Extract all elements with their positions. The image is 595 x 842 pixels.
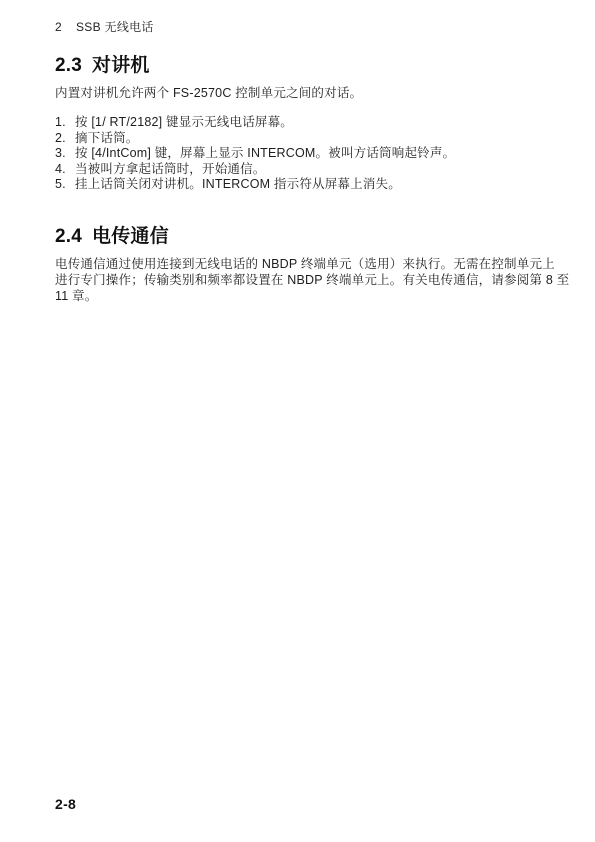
step-number: 3. xyxy=(55,146,75,162)
body-line-2: 进行专门操作；传输类别和频率都设置在 NBDP 终端单元上。有关电传通信，请参阅… xyxy=(55,272,540,288)
section-2-3-title: 对讲机 xyxy=(92,55,150,76)
section-2-4-heading: 2.4电传通信 xyxy=(55,226,540,247)
step-item-2: 2.摘下话筒。 xyxy=(55,131,540,147)
step-number: 2. xyxy=(55,131,75,147)
manual-page: 2SSB 无线电话 2.3对讲机 内置对讲机允许两个 FS-2570C 控制单元… xyxy=(0,0,595,842)
step-number: 5. xyxy=(55,177,75,193)
page-number: 2-8 xyxy=(55,796,76,812)
step-item-3: 3.按 [4/IntCom] 键，屏幕上显示 INTERCOM。被叫方话筒响起铃… xyxy=(55,146,540,162)
section-2-3-intro: 内置对讲机允许两个 FS-2570C 控制单元之间的对话。 xyxy=(55,86,540,101)
step-item-4: 4.当被叫方拿起话筒时，开始通信。 xyxy=(55,162,540,178)
step-number: 4. xyxy=(55,162,75,178)
intercom-step-list: 1.按 [1/ RT/2182] 键显示无线电话屏幕。 2.摘下话筒。 3.按 … xyxy=(55,115,540,193)
step-text: 当被叫方拿起话筒时，开始通信。 xyxy=(75,162,266,176)
step-text: 挂上话筒关闭对讲机。INTERCOM 指示符从屏幕上消失。 xyxy=(75,177,401,191)
chapter-number: 2 xyxy=(55,20,62,34)
step-number: 1. xyxy=(55,115,75,131)
section-2-4-number: 2.4 xyxy=(55,226,82,247)
page-header: 2SSB 无线电话 xyxy=(55,20,540,34)
step-item-1: 1.按 [1/ RT/2182] 键显示无线电话屏幕。 xyxy=(55,115,540,131)
section-2-4-title: 电传通信 xyxy=(92,226,169,247)
section-2-3-heading: 2.3对讲机 xyxy=(55,55,540,76)
chapter-title: SSB 无线电话 xyxy=(76,20,154,34)
body-line-1: 电传通信通过使用连接到无线电话的 NBDP 终端单元（选用）来执行。无需在控制单… xyxy=(55,256,540,272)
section-2-3-number: 2.3 xyxy=(55,55,82,76)
step-text: 按 [4/IntCom] 键，屏幕上显示 INTERCOM。被叫方话筒响起铃声。 xyxy=(75,146,455,160)
section-2-4-body: 电传通信通过使用连接到无线电话的 NBDP 终端单元（选用）来执行。无需在控制单… xyxy=(55,256,540,304)
step-text: 摘下话筒。 xyxy=(75,131,139,145)
step-text: 按 [1/ RT/2182] 键显示无线电话屏幕。 xyxy=(75,115,293,129)
step-item-5: 5.挂上话筒关闭对讲机。INTERCOM 指示符从屏幕上消失。 xyxy=(55,177,540,193)
body-line-3: 11 章。 xyxy=(55,288,540,304)
